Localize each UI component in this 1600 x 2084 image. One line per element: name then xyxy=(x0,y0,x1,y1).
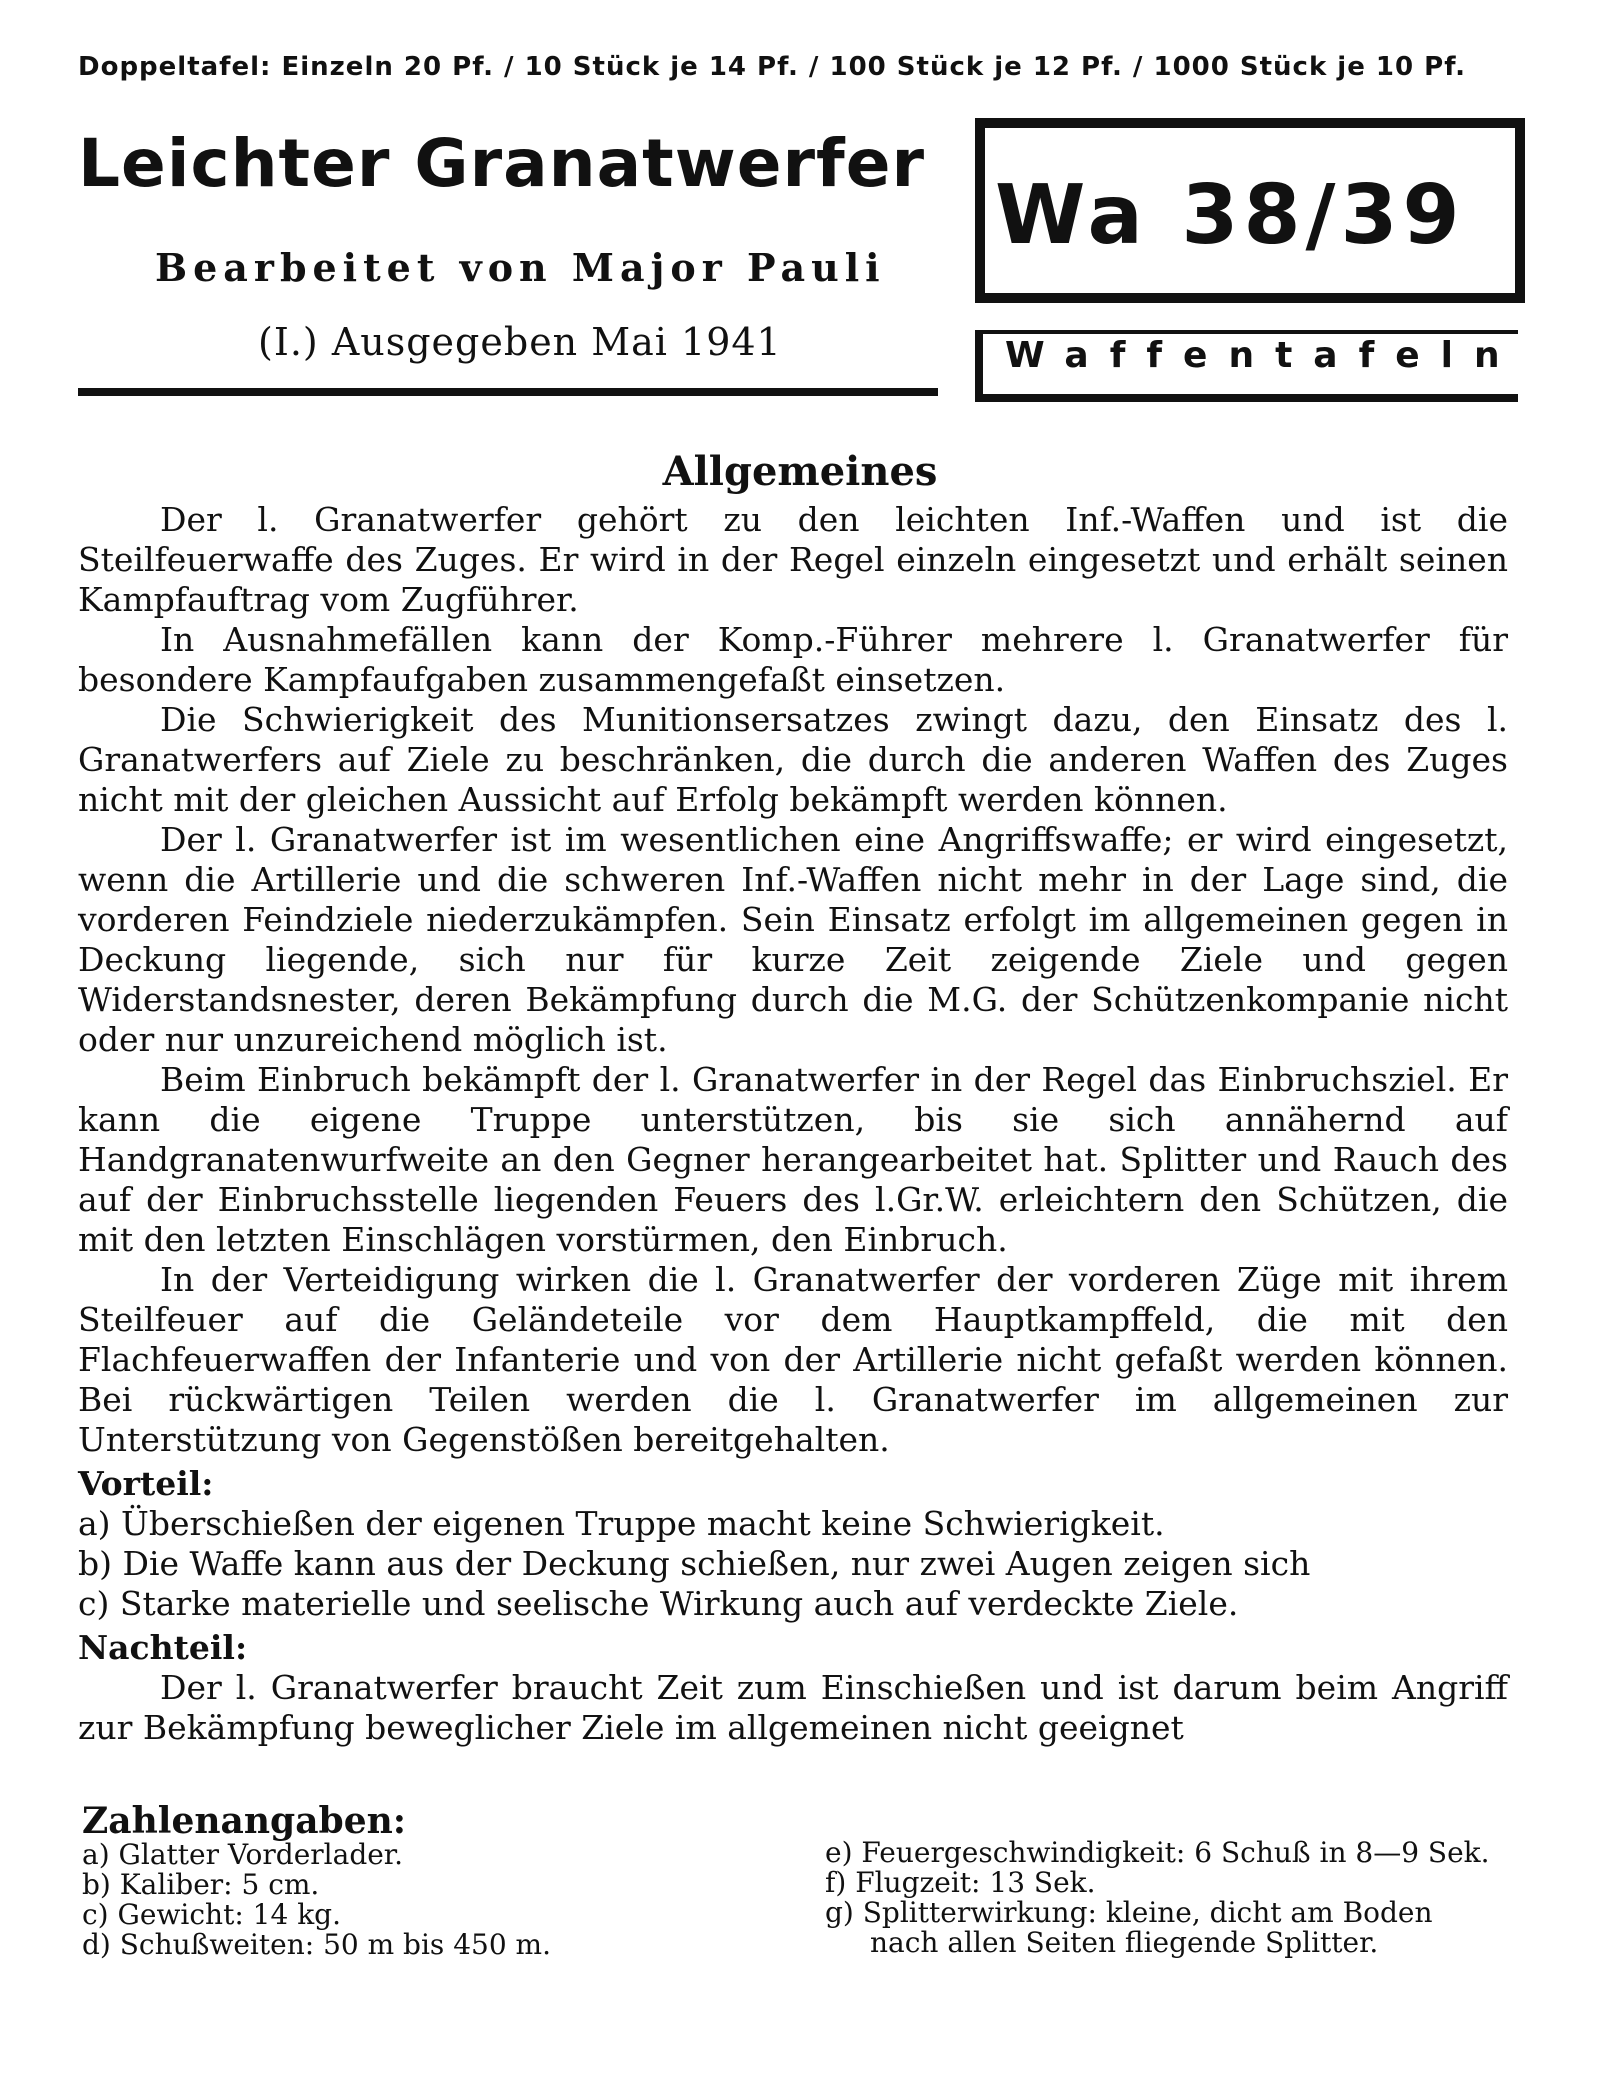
figure-item: a) Glatter Vorderlader. xyxy=(82,1840,551,1870)
document-title: Leichter Granatwerfer xyxy=(78,125,925,202)
issue-date: (I.) Ausgegeben Mai 1941 xyxy=(258,320,782,364)
body-text: Der l. Granatwerfer gehört zu den leicht… xyxy=(78,500,1508,1748)
figures-right: e) Feuergeschwindigkeit: 6 Schuß in 8—9 … xyxy=(825,1838,1490,1958)
figure-item: f) Flugzeit: 13 Sek. xyxy=(825,1868,1490,1898)
disadvantages-text: Der l. Granatwerfer braucht Zeit zum Ein… xyxy=(78,1668,1508,1748)
paragraph: Der l. Granatwerfer gehört zu den leicht… xyxy=(78,500,1508,620)
list-item: c) Starke materielle und seelische Wirku… xyxy=(78,1584,1508,1624)
price-line: Doppeltafel: Einzeln 20 Pf. / 10 Stück j… xyxy=(78,52,1538,82)
byline: Bearbeitet von Major Pauli xyxy=(155,245,886,290)
list-item: a) Überschießen der eigenen Truppe macht… xyxy=(78,1504,1508,1544)
series-label: Waffentafeln xyxy=(1005,335,1521,376)
advantages-label: Vorteil: xyxy=(78,1464,1508,1504)
figure-item: b) Kaliber: 5 cm. xyxy=(82,1870,551,1900)
paragraph: In Ausnahmefällen kann der Komp.-Führer … xyxy=(78,620,1508,700)
header-divider xyxy=(78,388,938,396)
figure-item: e) Feuergeschwindigkeit: 6 Schuß in 8—9 … xyxy=(825,1838,1490,1868)
figure-item: g) Splitterwirkung: kleine, dicht am Bod… xyxy=(825,1898,1490,1928)
figures-left: a) Glatter Vorderlader. b) Kaliber: 5 cm… xyxy=(82,1840,551,1960)
figures-label: Zahlenangaben: xyxy=(82,1800,406,1842)
figure-item: c) Gewicht: 14 kg. xyxy=(82,1900,551,1930)
figure-item: d) Schußweiten: 50 m bis 450 m. xyxy=(82,1930,551,1960)
disadvantages-label: Nachteil: xyxy=(78,1628,1508,1668)
list-item: b) Die Waffe kann aus der Deckung schieß… xyxy=(78,1544,1508,1584)
paragraph: Beim Einbruch bekämpft der l. Granatwerf… xyxy=(78,1060,1508,1260)
paragraph: Die Schwierigkeit des Munitionsersatzes … xyxy=(78,700,1508,820)
paragraph: Der l. Granatwerfer ist im wesentlichen … xyxy=(78,820,1508,1060)
paragraph: In der Verteidigung wirken die l. Granat… xyxy=(78,1260,1508,1460)
figure-item: nach allen Seiten fliegende Splitter. xyxy=(825,1928,1490,1958)
weapon-code: Wa 38/39 xyxy=(995,168,1465,263)
advantages-list: a) Überschießen der eigenen Truppe macht… xyxy=(78,1504,1508,1624)
section-heading: Allgemeines xyxy=(0,448,1600,495)
